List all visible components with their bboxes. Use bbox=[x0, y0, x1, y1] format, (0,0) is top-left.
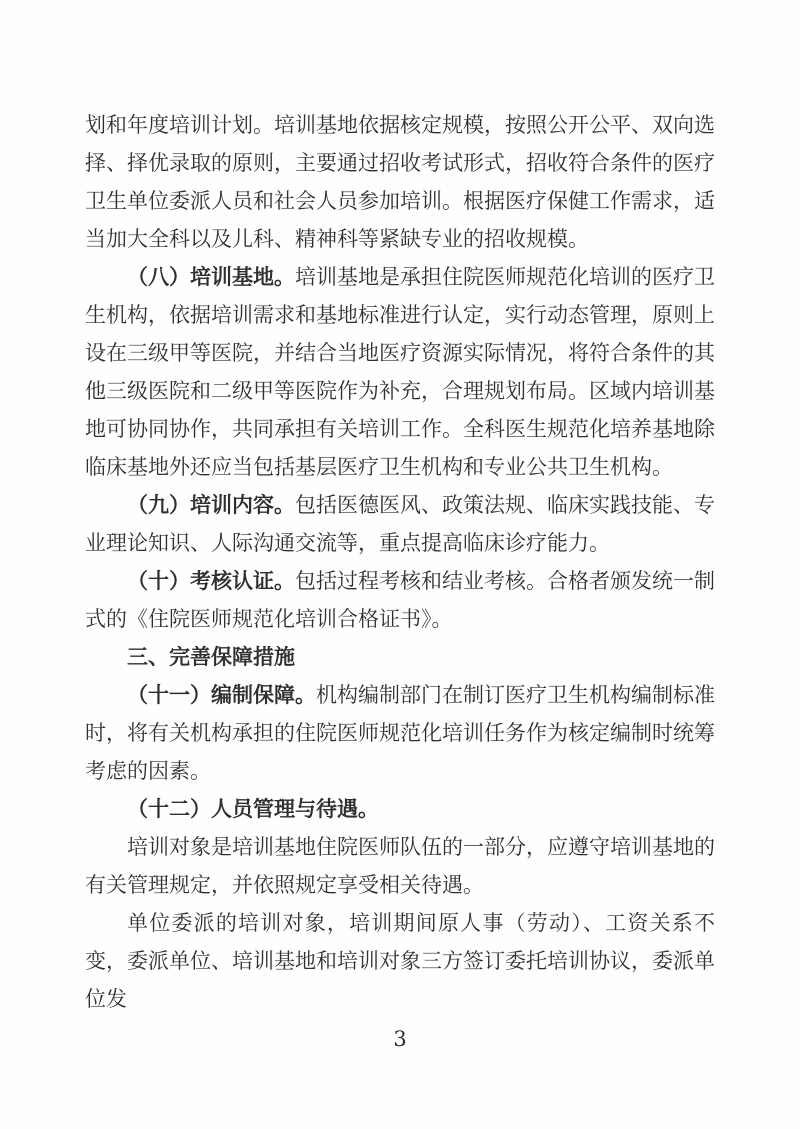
bold-heading-segment: （十二）人员管理与待遇。 bbox=[127, 796, 379, 821]
body-text-segment: 划和年度培训计划。培训基地依据核定规模，按照公开公平、双向选择、择优录取的原则，… bbox=[85, 113, 715, 251]
paragraph: 单位委派的培训对象，培训期间原人事（劳动）、工资关系不变，委派单位、培训基地和培… bbox=[85, 904, 715, 1018]
paragraph: （八）培训基地。培训基地是承担住院医师规范化培训的医疗卫生机构，依据培训需求和基… bbox=[85, 258, 715, 486]
bold-heading-segment: （十）考核认证。 bbox=[127, 568, 295, 593]
page-number: 3 bbox=[0, 1024, 800, 1054]
paragraph: （十一）编制保障。机构编制部门在制订医疗卫生机构编制标准时，将有关机构承担的住院… bbox=[85, 676, 715, 790]
body-text-segment: 培训对象是培训基地住院医师队伍的一部分，应遵守培训基地的有关管理规定，并依照规定… bbox=[85, 835, 715, 897]
paragraph: 培训对象是培训基地住院医师队伍的一部分，应遵守培训基地的有关管理规定，并依照规定… bbox=[85, 828, 715, 904]
paragraph: 划和年度培训计划。培训基地依据核定规模，按照公开公平、双向选择、择优录取的原则，… bbox=[85, 106, 715, 258]
bold-heading-segment: （八）培训基地。 bbox=[127, 264, 295, 289]
paragraph: （十）考核认证。包括过程考核和结业考核。合格者颁发统一制式的《住院医师规范化培训… bbox=[85, 562, 715, 638]
paragraph: （十二）人员管理与待遇。 bbox=[85, 790, 715, 828]
body-text-segment: 单位委派的培训对象，培训期间原人事（劳动）、工资关系不变，委派单位、培训基地和培… bbox=[85, 911, 715, 1011]
document-body: 划和年度培训计划。培训基地依据核定规模，按照公开公平、双向选择、择优录取的原则，… bbox=[85, 106, 715, 1018]
body-text-segment: 培训基地是承担住院医师规范化培训的医疗卫生机构，依据培训需求和基地标准进行认定，… bbox=[85, 265, 715, 479]
document-page: 划和年度培训计划。培训基地依据核定规模，按照公开公平、双向选择、择优录取的原则，… bbox=[0, 0, 800, 1129]
paragraph: （九）培训内容。包括医德医风、政策法规、临床实践技能、专业理论知识、人际沟通交流… bbox=[85, 486, 715, 562]
bold-heading-segment: （十一）编制保障。 bbox=[127, 682, 316, 707]
bold-heading-segment: （九）培训内容。 bbox=[127, 492, 295, 517]
paragraph: 三、完善保障措施 bbox=[85, 638, 715, 676]
bold-heading-segment: 三、完善保障措施 bbox=[127, 644, 295, 669]
